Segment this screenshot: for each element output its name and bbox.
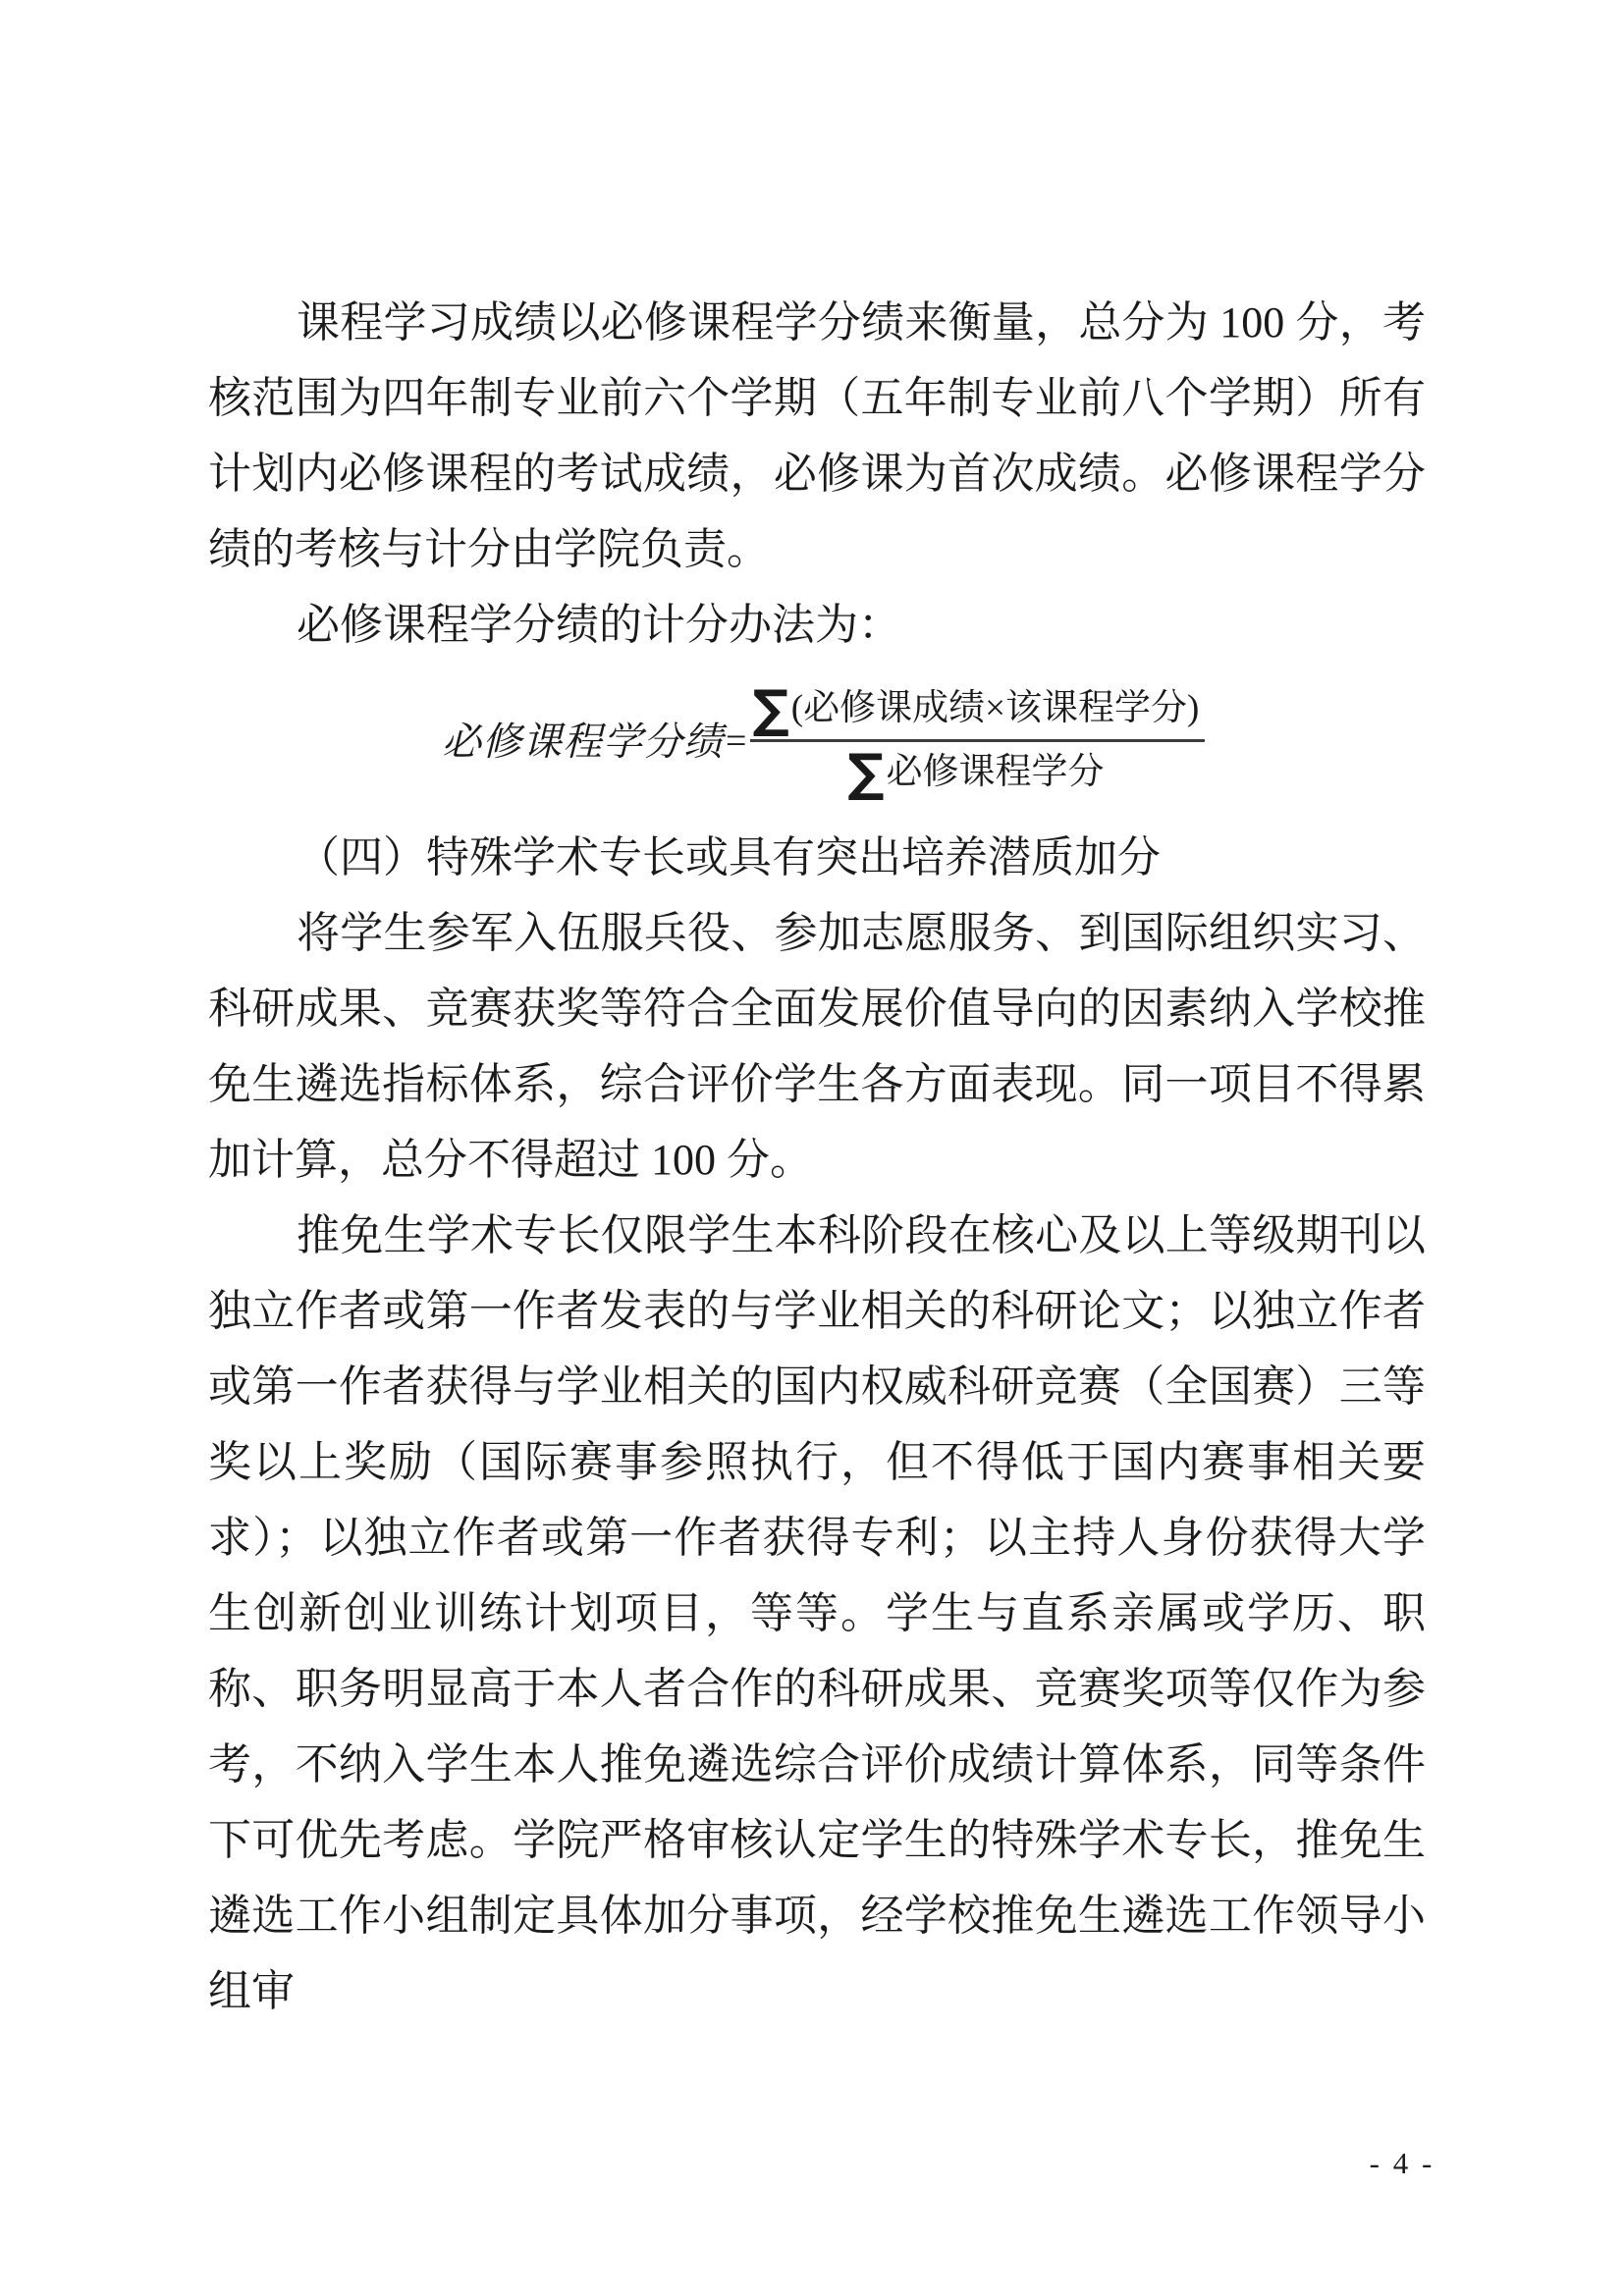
formula-equals-sign: = — [726, 704, 746, 779]
paragraph-formula-intro: 必修课程学分绩的计分办法为： — [208, 587, 1426, 663]
paragraph-bonus-factors: 将学生参军入伍服兵役、参加志愿服务、到国际组织实习、科研成果、竞赛获奖等符合全面… — [208, 895, 1426, 1198]
sigma-icon: ∑ — [847, 748, 884, 799]
document-page: 课程学习成绩以必修课程学分绩来衡量，总分为 100 分，考核范围为四年制专业前六… — [0, 0, 1624, 2296]
formula-lhs: 必修课程学分绩 — [442, 704, 724, 779]
formula-denominator: ∑ 必修课程学分 — [845, 742, 1110, 799]
formula-fraction: ∑ (必修课成绩×该课程学分) ∑ 必修课程学分 — [750, 684, 1205, 799]
sigma-icon: ∑ — [752, 684, 788, 735]
formula-numerator: ∑ (必修课成绩×该课程学分) — [750, 684, 1205, 739]
paragraph-course-grade-measure: 课程学习成绩以必修课程学分绩来衡量，总分为 100 分，考核范围为四年制专业前六… — [208, 285, 1426, 587]
weighted-gpa-formula: 必修课程学分绩 = ∑ (必修课成绩×该课程学分) ∑ 必修课程学分 — [208, 663, 1426, 820]
formula-numerator-text: (必修课成绩×该课程学分) — [791, 687, 1200, 730]
page-number: - 4 - — [1333, 2146, 1471, 2181]
paragraph-academic-specialty-rules: 推免生学术专长仅限学生本科阶段在核心及以上等级期刊以独立作者或第一作者发表的与学… — [208, 1198, 1426, 2029]
formula-denominator-text: 必修课程学分 — [887, 751, 1105, 794]
document-body: 课程学习成绩以必修课程学分绩来衡量，总分为 100 分，考核范围为四年制专业前六… — [208, 285, 1426, 2029]
section-heading-four: （四）特殊学术专长或具有突出培养潜质加分 — [208, 820, 1426, 895]
